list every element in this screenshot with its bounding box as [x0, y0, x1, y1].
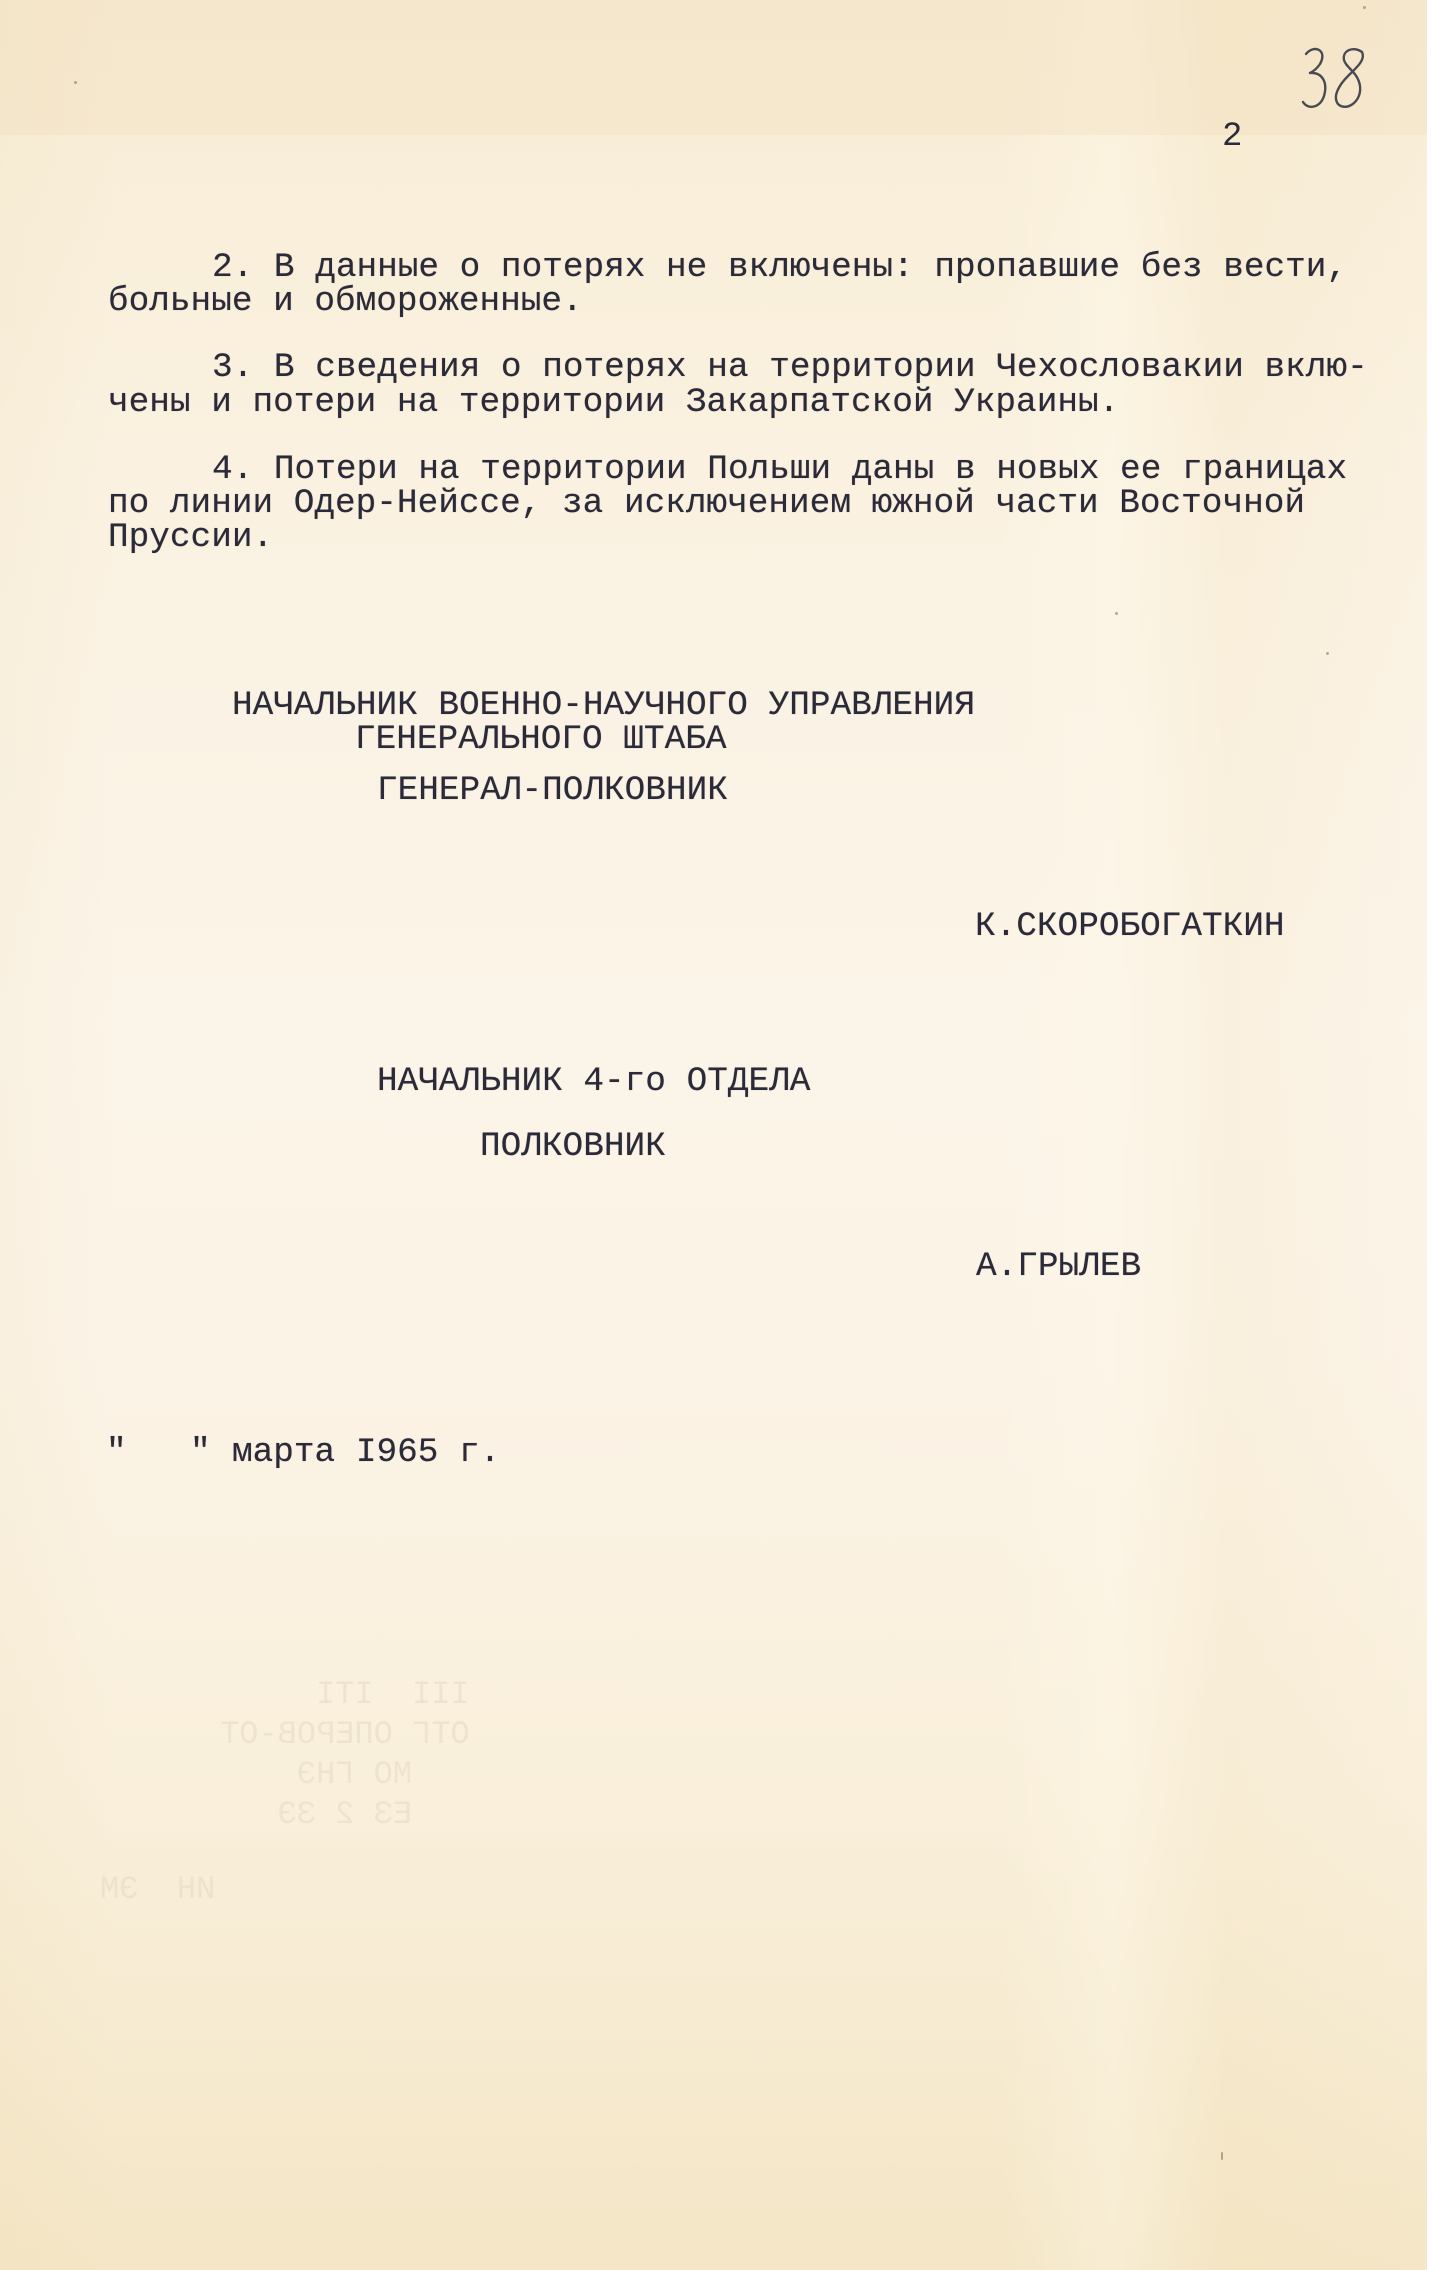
signatory-2-title: НАЧАЛЬНИК 4-го ОТДЕЛА	[377, 1065, 810, 1099]
paragraph-3-line-1: 3. В сведения о потерях на территории Че…	[212, 351, 1368, 385]
paragraph-2-line-2: больные и обмороженные.	[108, 285, 583, 319]
page-number: 2	[1222, 120, 1242, 154]
paper-speck	[1363, 6, 1366, 9]
date-open-quote: "	[106, 1436, 127, 1470]
signatory-1-name: К.СКОРОБОГАТКИН	[975, 910, 1285, 944]
paragraph-4-line-2: по линии Одер-Нейссе, за исключением южн…	[108, 487, 1305, 521]
paragraph-2-line-1: 2. В данные о потерях не включены: пропа…	[212, 251, 1347, 285]
signatory-2-rank: ПОЛКОВНИК	[480, 1130, 666, 1164]
bleed-through-texture: III IТI ОТГ ОПЕРОВ-ОТ МО ГНЭ ЕЗ 2 ЗЭ	[220, 1675, 470, 1835]
paragraph-4-line-1: 4. Потери на территории Польши даны в но…	[212, 453, 1347, 487]
paragraph-4-line-3: Пруссии.	[108, 521, 273, 555]
paper-speck	[1326, 652, 1329, 655]
document-page: III IТI ОТГ ОПЕРОВ-ОТ МО ГНЭ ЕЗ 2 ЗЭ ИН …	[0, 0, 1427, 2270]
date-close-quote: "	[190, 1436, 211, 1470]
signatory-1-rank: ГЕНЕРАЛ-ПОЛКОВНИК	[377, 774, 728, 808]
paper-speck	[74, 81, 77, 84]
signatory-1-title-line-2: ГЕНЕРАЛЬНОГО ШТАБА	[355, 723, 726, 757]
signatory-1-title-line-1: НАЧАЛЬНИК ВОЕННО-НАУЧНОГО УПРАВЛЕНИЯ	[232, 689, 975, 723]
bleed-through-texture: ИН ЭМ	[100, 1870, 215, 1910]
paper-tone-band	[0, 0, 1427, 135]
handwritten-folio-number	[1300, 46, 1372, 116]
signatory-2-name: А.ГРЫЛЕВ	[976, 1250, 1141, 1284]
paper-speck	[1115, 612, 1118, 615]
paragraph-3-line-2: чены и потери на территории Закарпатской…	[108, 386, 1119, 420]
date-text: марта I965 г.	[232, 1436, 500, 1470]
paper-speck	[1221, 2152, 1223, 2160]
